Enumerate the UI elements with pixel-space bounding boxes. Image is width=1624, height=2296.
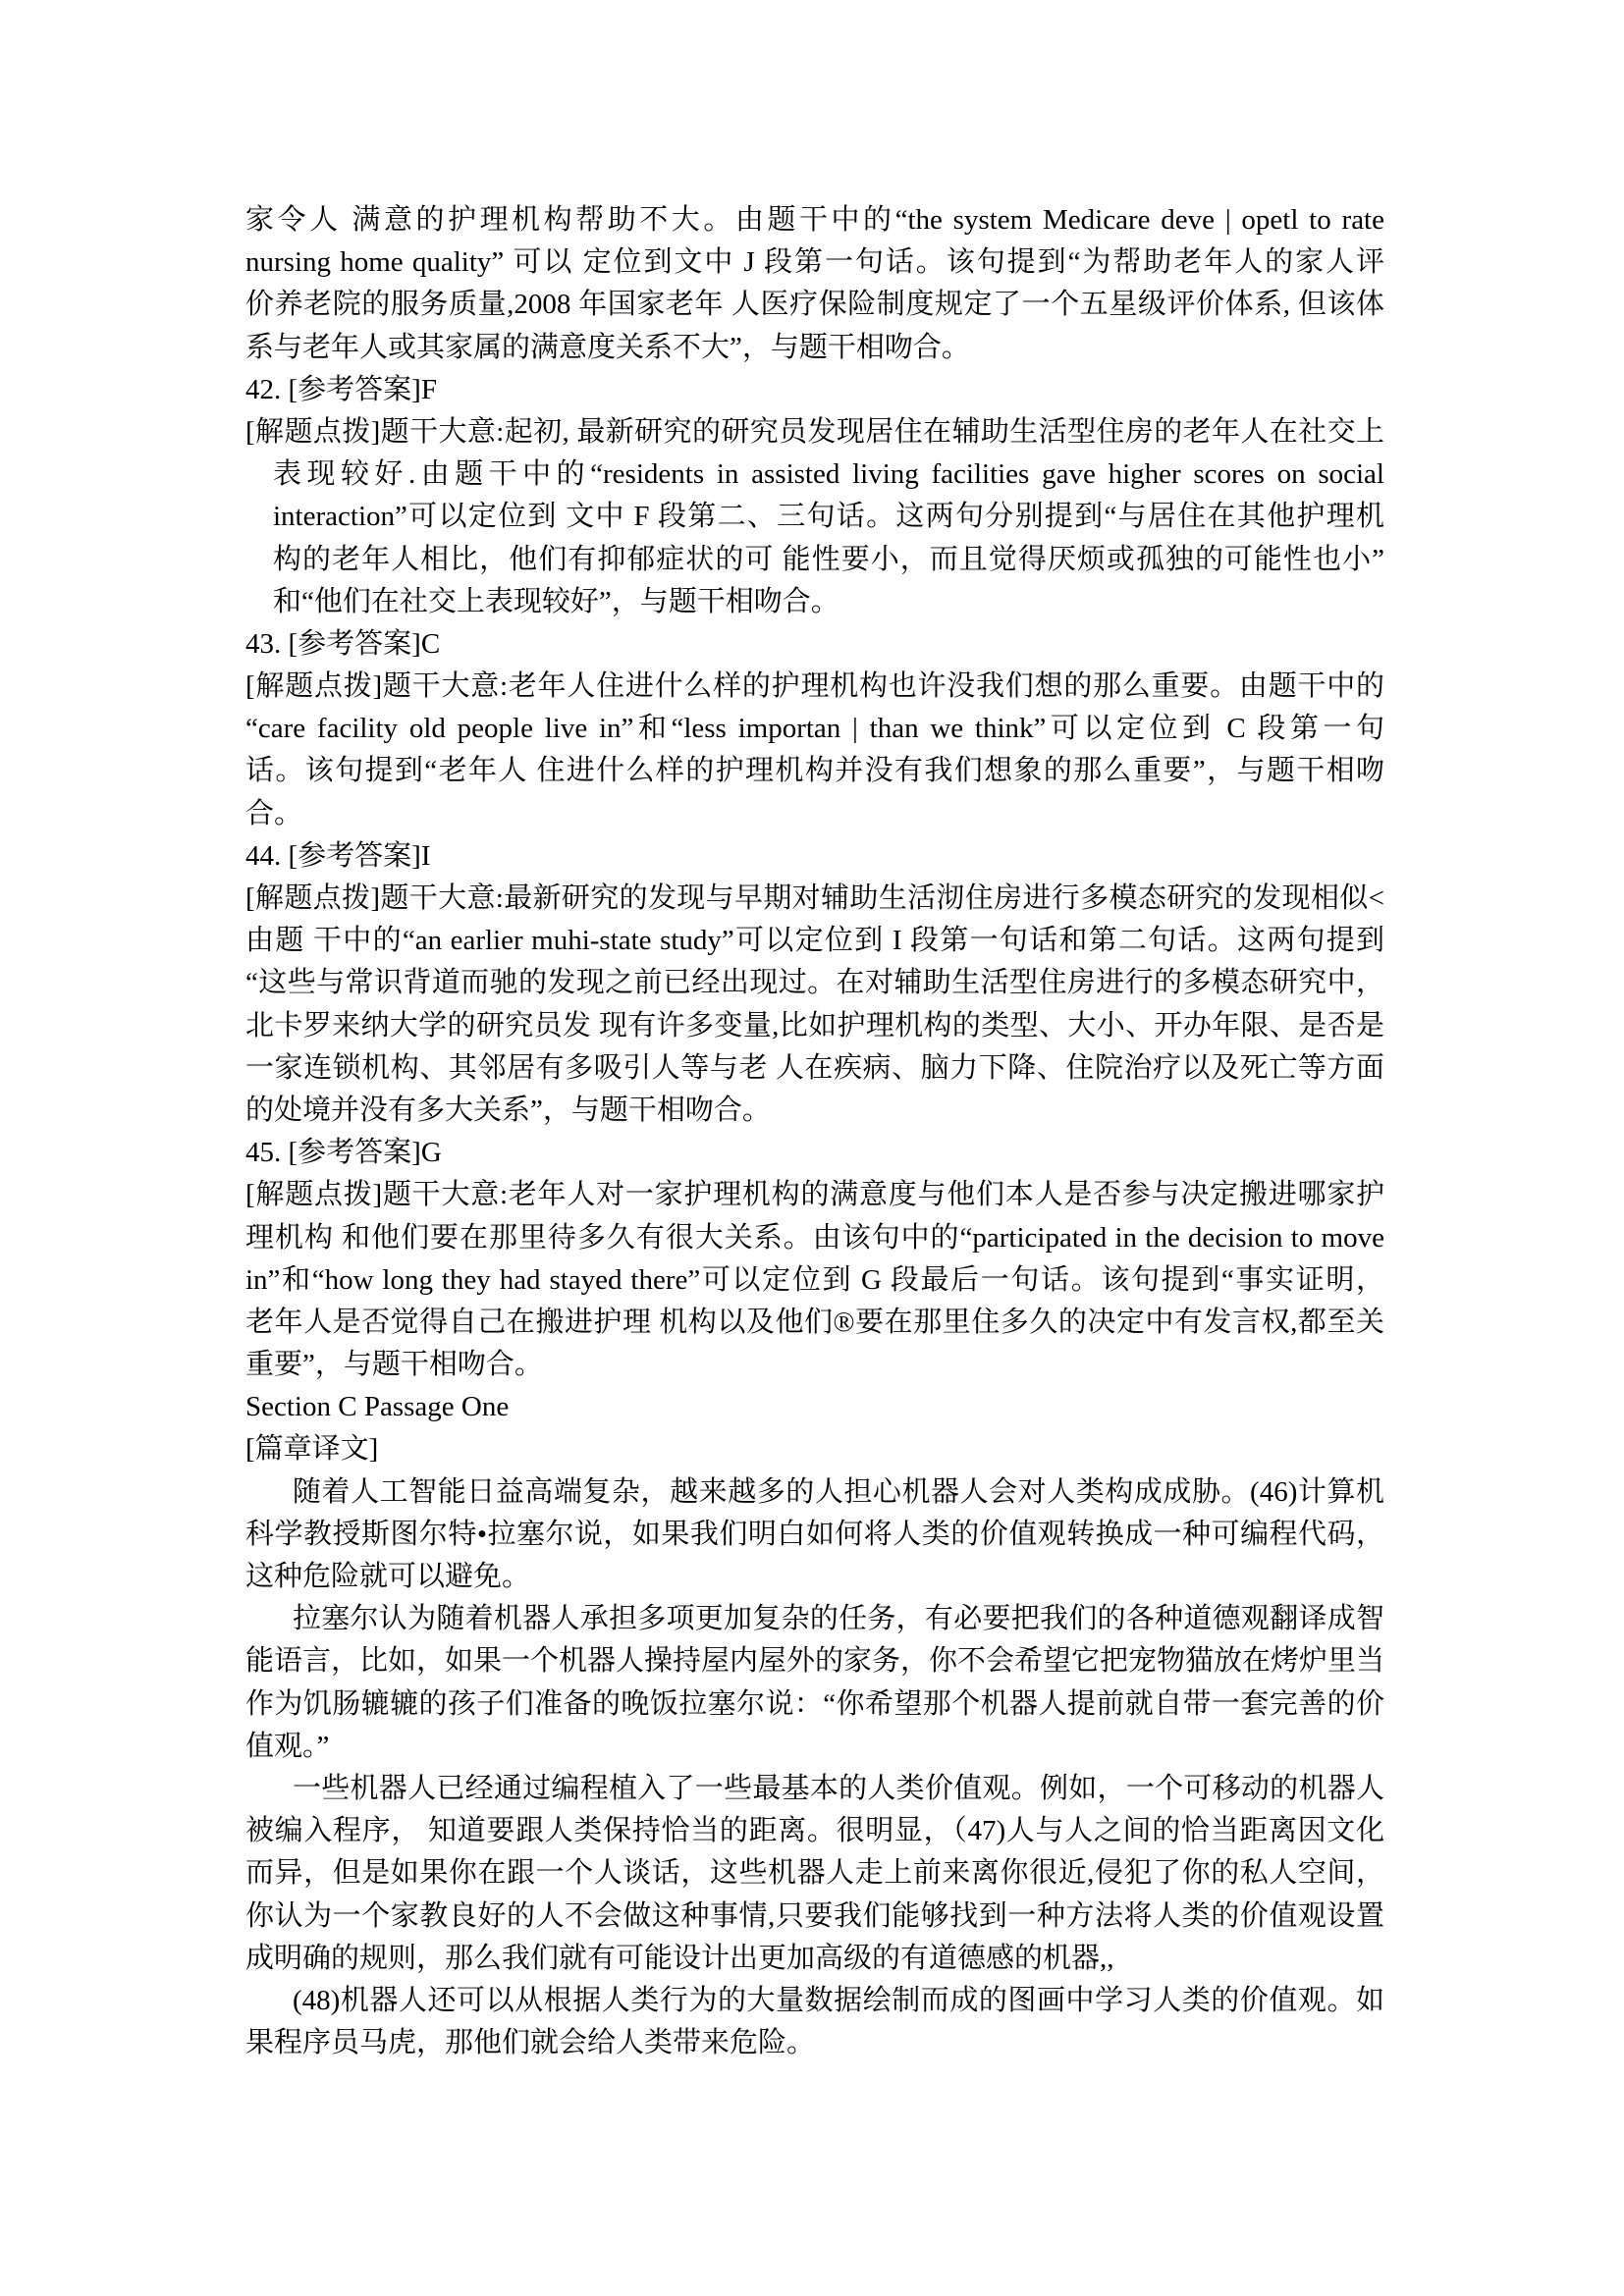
text-line: 你认为一个家教良好的人不会做这种事情,只要我们能够找到一种方法将人类的价值观设置 <box>245 1896 1384 1938</box>
text-line: 作为饥肠辘辘的孩子们准备的晚饭拉塞尔说：“你希望那个机器人提前就自带一套完善的价 <box>245 1683 1384 1726</box>
text-line: 45. [参考答案]G <box>245 1132 1384 1174</box>
text-line: 和“他们在社交上表现较好”，与题干相吻合。 <box>245 581 1384 623</box>
text-line: 随着人工智能日益高端复杂，越来越多的人担心机器人会对人类构成成胁。(46)计算机 <box>245 1471 1384 1514</box>
text-line: [解题点拨]题干大意:老年人对一家护理机构的满意度与他们本人是否参与决定搬进哪家… <box>245 1174 1384 1216</box>
text-line: 被编入程序， 知道要跟人类保持恰当的距离。很明显，（47)人与人之间的恰当距离因… <box>245 1810 1384 1852</box>
answer-45: 45. [参考答案]G[解题点拨]题干大意:老年人对一家护理机构的满意度与他们本… <box>245 1132 1384 1386</box>
text-line: 成明确的规则，那么我们就有可能设计出更加高级的有道德感的机器,, <box>245 1938 1384 1980</box>
text-line: 果程序员马虎，那他们就会给人类带来危险。 <box>245 2022 1384 2064</box>
text-line: 价养老院的服务质量,2008 年国家老年 人医疗保险制度规定了一个五星级评价体系… <box>245 284 1384 326</box>
text-line: nursing home quality” 可以 定位到文中 J 段第一句话。该… <box>245 241 1384 284</box>
text-line: 一家连锁机构、其邻居有多吸引人等与老 人在疾病、脑力下降、住院治疗以及死亡等方面 <box>245 1047 1384 1090</box>
text-line: [解题点拨]题干大意:老年人住进什么样的护理机构也许没我们想的那么重要。由题干中… <box>245 666 1384 708</box>
text-line: “这些与常识背道而驰的发现之前已经出现过。在对辅助生活型住房进行的多模态研究中， <box>245 962 1384 1004</box>
text-line: 一些机器人已经通过编程植入了一些最基本的人类价值观。例如，一个可移动的机器人 <box>245 1768 1384 1810</box>
text-line: interaction”可以定位到 文中 F 段第二、三句话。这两句分别提到“与… <box>245 496 1384 538</box>
text-line: Section C Passage One <box>245 1386 1384 1428</box>
text-line: 北卡罗来纳大学的研究员发 现有许多变量,比如护理机构的类型、大小、开办年限、是否… <box>245 1005 1384 1047</box>
answer-42: 42. [参考答案]F[解题点拨]题干大意:起初, 最新研究的研究员发现居住在辅… <box>245 369 1384 623</box>
text-line: 话。该句提到“老年人 住进什么样的护理机构并没有我们想象的那么重要”，与题干相吻 <box>245 750 1384 792</box>
answer-43: 43. [参考答案]C[解题点拨]题干大意:老年人住进什么样的护理机构也许没我们… <box>245 623 1384 835</box>
text-line: [解题点拨]题干大意:起初, 最新研究的研究员发现居住在辅助生活型住房的老年人在… <box>245 411 1384 454</box>
text-line: (48)机器人还可以从根据人类行为的大量数据绘制而成的图画中学习人类的价值观。如 <box>245 1980 1384 2022</box>
answer-41-continuation: 家令人 满意的护理机构帮助不大。由题干中的“the system Medicar… <box>245 199 1384 369</box>
text-line: 老年人是否觉得自己在搬进护理 机构以及他们®要在那里住多久的决定中有发言权,都至… <box>245 1302 1384 1344</box>
section-c-heading: Section C Passage One[篇章译文] <box>245 1386 1384 1470</box>
text-line: 科学教授斯图尔特•拉塞尔说，如果我们明白如何将人类的价值观转换成一种可编程代码， <box>245 1514 1384 1556</box>
text-line: 重要”，与题干相吻合。 <box>245 1344 1384 1386</box>
answer-44: 44. [参考答案]I[解题点拨]题干大意:最新研究的发现与早期对辅助生活沏住房… <box>245 835 1384 1132</box>
document-page: { "page": { "background_color": "#ffffff… <box>0 0 1624 2296</box>
text-line: 44. [参考答案]I <box>245 835 1384 878</box>
text-line: “care facility old people live in”和“less… <box>245 708 1384 750</box>
text-line: [解题点拨]题干大意:最新研究的发现与早期对辅助生活沏住房进行多模态研究的发现相… <box>245 878 1384 920</box>
text-line: 这种危险就可以避免。 <box>245 1556 1384 1598</box>
text-line: [篇章译文] <box>245 1428 1384 1470</box>
text-line: 42. [参考答案]F <box>245 369 1384 411</box>
text-line: 家令人 满意的护理机构帮助不大。由题干中的“the system Medicar… <box>245 199 1384 241</box>
text-line: 43. [参考答案]C <box>245 623 1384 666</box>
passage-translation: 随着人工智能日益高端复杂，越来越多的人担心机器人会对人类构成成胁。(46)计算机… <box>245 1471 1384 2065</box>
text-line: in”和“how long they had stayed there”可以定位… <box>245 1259 1384 1302</box>
text-line: 值观。” <box>245 1726 1384 1768</box>
text-line: 由题 干中的“an earlier muhi-state study”可以定位到… <box>245 920 1384 962</box>
text-line: 构的老年人相比，他们有抑郁症状的可 能性要小，而且觉得厌烦或孤独的可能性也小” <box>245 539 1384 581</box>
text-line: 理机构 和他们要在那里待多久有很大关系。由该句中的“participated i… <box>245 1217 1384 1259</box>
text-line: 拉塞尔认为随着机器人承担多项更加复杂的任务，有必要把我们的各种道德观翻译成智 <box>245 1598 1384 1640</box>
text-page-body: 家令人 满意的护理机构帮助不大。由题干中的“the system Medicar… <box>245 199 1384 2064</box>
text-line: 系与老年人或其家属的满意度关系不大”，与题干相吻合。 <box>245 327 1384 369</box>
text-line: 表现较好.由题干中的“residents in assisted living … <box>245 454 1384 496</box>
text-line: 的处境并没有多大关系”，与题干相吻合。 <box>245 1090 1384 1132</box>
text-line: 而异，但是如果你在跟一个人谈话，这些机器人走上前来离你很近,侵犯了你的私人空间， <box>245 1852 1384 1895</box>
text-line: 能语言，比如，如果一个机器人操持屋内屋外的家务，你不会希望它把宠物猫放在烤炉里当 <box>245 1640 1384 1682</box>
text-line: 合。 <box>245 793 1384 835</box>
